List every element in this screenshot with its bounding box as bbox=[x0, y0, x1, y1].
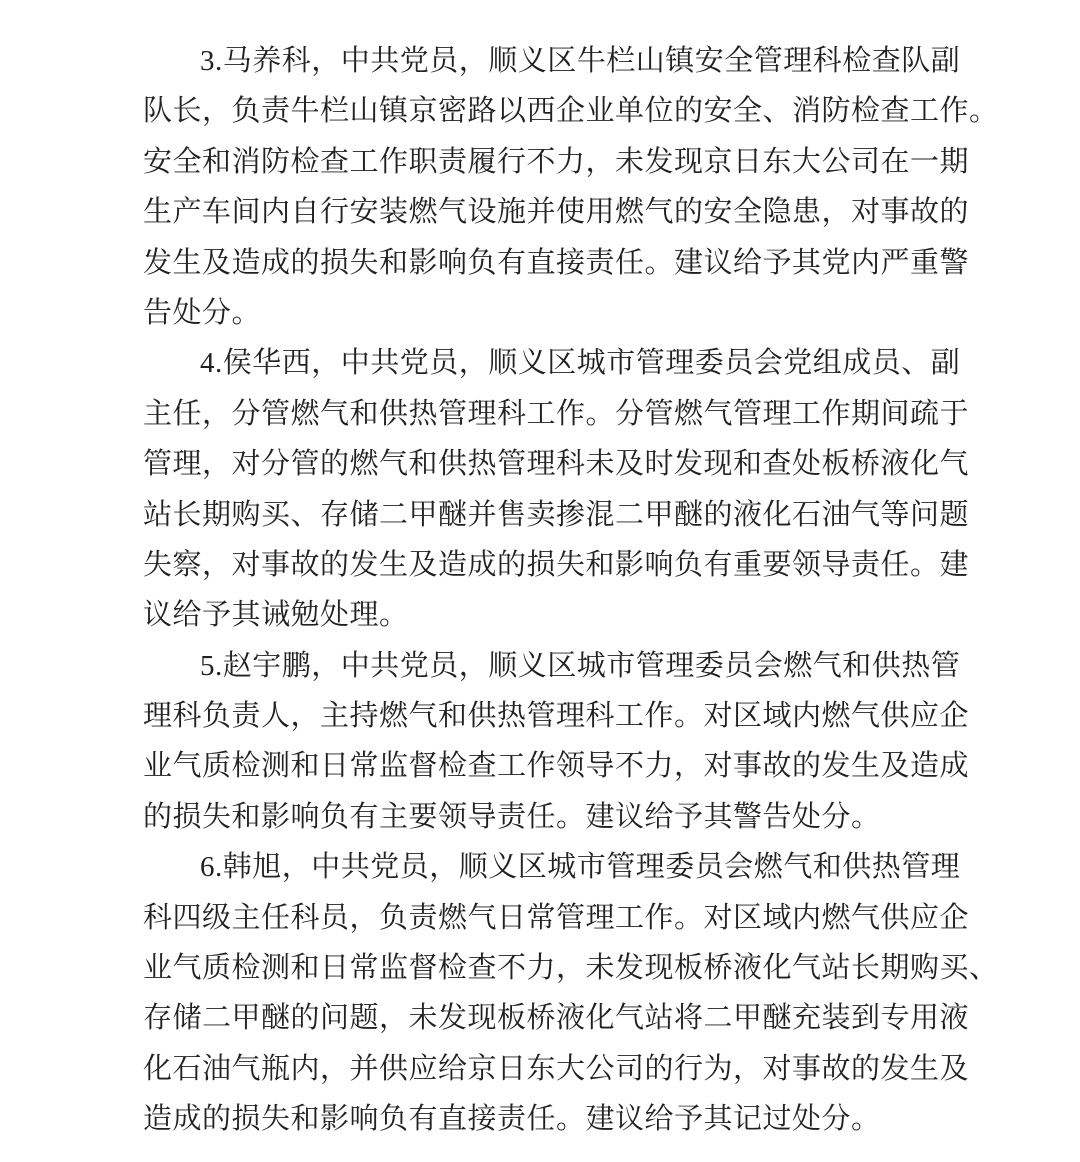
text-line: 站长期购买、存储二甲醚并售卖掺混二甲醚的液化石油气等问题 bbox=[143, 490, 945, 540]
text-line: 化石油气瓶内，并供应给京日东大公司的行为，对事故的发生及 bbox=[143, 1044, 945, 1094]
text-line: 的损失和影响负有主要领导责任。建议给予其警告处分。 bbox=[143, 792, 945, 842]
text-line: 业气质检测和日常监督检查工作领导不力，对事故的发生及造成 bbox=[143, 741, 945, 791]
text-line: 安全和消防检查工作职责履行不力，未发现京日东大公司在一期 bbox=[143, 137, 945, 187]
text-line: 告处分。 bbox=[143, 288, 945, 338]
text-line: 主任，分管燃气和供热管理科工作。分管燃气管理工作期间疏于 bbox=[143, 389, 945, 439]
text-line: 生产车间内自行安装燃气设施并使用燃气的安全隐患，对事故的 bbox=[143, 187, 945, 237]
text-line: 5.赵宇鹏，中共党员，顺义区城市管理委员会燃气和供热管 bbox=[143, 641, 945, 691]
text-line: 队长，负责牛栏山镇京密路以西企业单位的安全、消防检查工作。 bbox=[143, 86, 945, 136]
text-line: 发生及造成的损失和影响负有直接责任。建议给予其党内严重警 bbox=[143, 238, 945, 288]
text-line: 科四级主任科员，负责燃气日常管理工作。对区域内燃气供应企 bbox=[143, 893, 945, 943]
text-line: 理科负责人，主持燃气和供热管理科工作。对区域内燃气供应企 bbox=[143, 691, 945, 741]
text-line: 6.韩旭，中共党员，顺义区城市管理委员会燃气和供热管理 bbox=[143, 842, 945, 892]
text-line: 存储二甲醚的问题，未发现板桥液化气站将二甲醚充装到专用液 bbox=[143, 993, 945, 1043]
text-line: 议给予其诫勉处理。 bbox=[143, 590, 945, 640]
document-page: 3.马养科，中共党员，顺义区牛栏山镇安全管理科检查队副 队长，负责牛栏山镇京密路… bbox=[0, 0, 1080, 1162]
text-line: 造成的损失和影响负有直接责任。建议给予其记过处分。 bbox=[143, 1094, 945, 1144]
text-line: 业气质检测和日常监督检查不力，未发现板桥液化气站长期购买、 bbox=[143, 943, 945, 993]
text-line: 3.马养科，中共党员，顺义区牛栏山镇安全管理科检查队副 bbox=[143, 36, 945, 86]
text-block: 3.马养科，中共党员，顺义区牛栏山镇安全管理科检查队副 队长，负责牛栏山镇京密路… bbox=[143, 36, 945, 1145]
text-line: 4.侯华西，中共党员，顺义区城市管理委员会党组成员、副 bbox=[143, 338, 945, 388]
text-line: 失察，对事故的发生及造成的损失和影响负有重要领导责任。建 bbox=[143, 540, 945, 590]
text-line: 管理，对分管的燃气和供热管理科未及时发现和查处板桥液化气 bbox=[143, 439, 945, 489]
